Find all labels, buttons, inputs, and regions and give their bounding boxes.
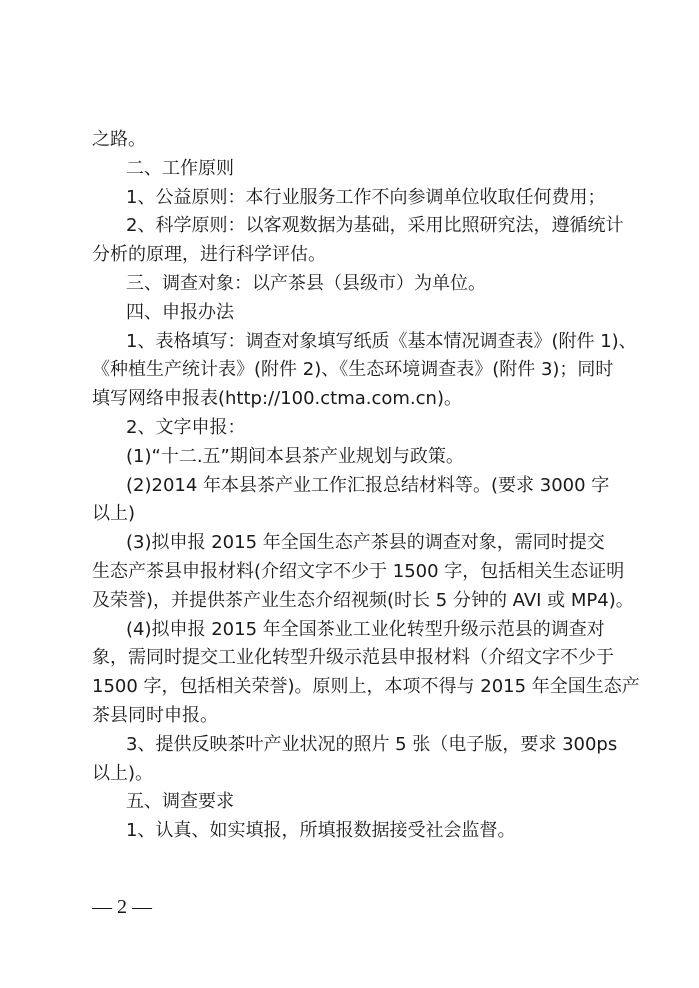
text-line: (4)拟申报 2015 年全国茶业工业化转型升级示范县的调查对	[92, 616, 602, 645]
document-body: 之路。 二、工作原则 1、公益原则：本行业服务工作不向参调单位收取任何费用； 2…	[92, 126, 602, 846]
text-line: 1、认真、如实填报，所填报数据接受社会监督。	[92, 817, 602, 846]
text-line: 2、文字申报：	[92, 414, 602, 443]
text-line: 茶县同时申报。	[92, 702, 602, 731]
text-line: 以上)	[92, 500, 602, 529]
text-line: (3)拟申报 2015 年全国生态产茶县的调查对象，需同时提交	[92, 529, 602, 558]
text-line: 2、科学原则：以客观数据为基础，采用比照研究法，遵循统计	[92, 212, 602, 241]
text-line: 分析的原理，进行科学评估。	[92, 241, 602, 270]
text-line: 填写网络申报表(http://100.ctma.com.cn)。	[92, 385, 602, 414]
text-line: (1)“十二.五”期间本县茶产业规划与政策。	[92, 443, 602, 472]
text-line: (2)2014 年本县茶产业工作汇报总结材料等。(要求 3000 字	[92, 472, 602, 501]
text-line: 及荣誉)，并提供茶产业生态介绍视频(时长 5 分钟的 AVI 或 MP4)。	[92, 587, 602, 616]
text-line: 1、公益原则：本行业服务工作不向参调单位收取任何费用；	[92, 184, 602, 213]
document-page: 之路。 二、工作原则 1、公益原则：本行业服务工作不向参调单位收取任何费用； 2…	[0, 0, 699, 988]
text-line: 生态产茶县申报材料(介绍文字不少于 1500 字，包括相关生态证明	[92, 558, 602, 587]
text-line: 以上)。	[92, 760, 602, 789]
text-line: 1、表格填写：调查对象填写纸质《基本情况调查表》(附件 1)、	[92, 328, 602, 357]
section-heading-work-principles: 二、工作原则	[92, 155, 602, 184]
page-number: — 2 —	[92, 896, 152, 919]
text-line: 《种植生产统计表》(附件 2)、《生态环境调查表》(附件 3)；同时	[92, 356, 602, 385]
section-heading-application-method: 四、申报办法	[92, 299, 602, 328]
text-line: 3、提供反映茶叶产业状况的照片 5 张（电子版，要求 300ps	[92, 731, 602, 760]
text-line: 1500 字，包括相关荣誉)。原则上，本项不得与 2015 年全国生态产	[92, 673, 602, 702]
text-line: 象，需同时提交工业化转型升级示范县申报材料（介绍文字不少于	[92, 644, 602, 673]
section-heading-survey-requirements: 五、调查要求	[92, 788, 602, 817]
section-heading-survey-target: 三、调查对象：以产茶县（县级市）为单位。	[92, 270, 602, 299]
text-line: 之路。	[92, 126, 602, 155]
